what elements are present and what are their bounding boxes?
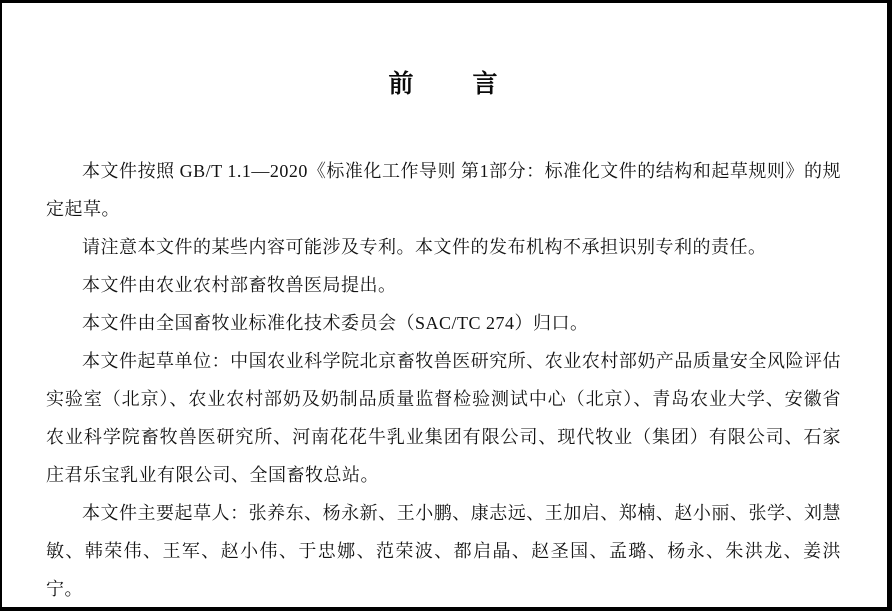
paragraph: 本文件起草单位：中国农业科学院北京畜牧兽医研究所、农业农村部奶产品质量安全风险评… [46,342,841,494]
paragraph: 本文件由全国畜牧业标准化技术委员会（SAC/TC 274）归口。 [46,304,841,342]
paragraph: 请注意本文件的某些内容可能涉及专利。本文件的发布机构不承担识别专利的责任。 [46,228,841,266]
document-page: 前 言 本文件按照 GB/T 1.1—2020《标准化工作导则 第1部分：标准化… [0,0,892,611]
paragraph: 本文件按照 GB/T 1.1—2020《标准化工作导则 第1部分：标准化文件的结… [46,152,841,228]
foreword-title: 前 言 [2,69,887,99]
paragraph: 本文件由农业农村部畜牧兽医局提出。 [46,266,841,304]
foreword-body: 本文件按照 GB/T 1.1—2020《标准化工作导则 第1部分：标准化文件的结… [46,152,841,608]
paragraph: 本文件主要起草人：张养东、杨永新、王小鹏、康志远、王加启、郑楠、赵小丽、张学、刘… [46,494,841,608]
